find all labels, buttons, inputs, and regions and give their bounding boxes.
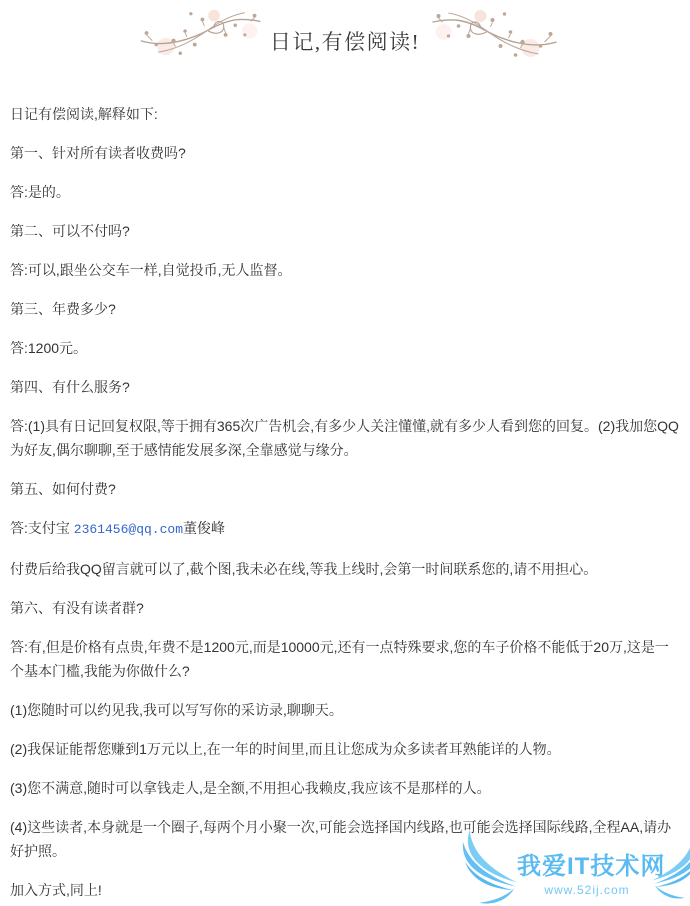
answer-2: 答:可以,跟坐公交车一样,自觉投币,无人监督。 <box>10 258 682 282</box>
payment-name: 董俊峰 <box>183 520 225 536</box>
watermark-site-name: 我爱IT技术网 <box>517 854 657 880</box>
floral-branch-right-icon <box>428 6 560 62</box>
answer-3: 答:1200元。 <box>10 336 682 360</box>
payment-prefix: 答:支付宝 <box>10 520 74 536</box>
wing-right-icon <box>650 830 690 904</box>
payment-note: 付费后给我QQ留言就可以了,截个图,我未必在线,等我上线时,会第一时间联系您的,… <box>10 557 682 581</box>
article-body: 日记有偿阅读,解释如下: 第一、针对所有读者收费吗? 答:是的。 第二、可以不付… <box>0 66 690 902</box>
question-5: 第五、如何付费? <box>10 477 682 501</box>
wing-left-icon <box>462 830 520 904</box>
watermark-text: 我爱IT技术网 www.52ij.com <box>517 854 657 898</box>
question-3: 第三、年费多少? <box>10 297 682 321</box>
watermark: 我爱IT技术网 www.52ij.com <box>462 828 690 906</box>
question-6: 第六、有没有读者群? <box>10 596 682 620</box>
question-4: 第四、有什么服务? <box>10 375 682 399</box>
answer-4: 答:(1)具有日记回复权限,等于拥有365次广告机会,有多少人关注懂懂,就有多少… <box>10 414 682 462</box>
watermark-site-url: www.52ij.com <box>517 882 657 898</box>
answer-1: 答:是的。 <box>10 180 682 204</box>
page-title: 日记,有偿阅读! <box>270 26 420 56</box>
question-2: 第二、可以不付吗? <box>10 219 682 243</box>
header: 日记,有偿阅读! <box>0 0 690 66</box>
page: 日记,有偿阅读! 日记有偿阅读,解释如下: 第一、针对所有读者收费吗? <box>0 0 690 906</box>
intro-line: 日记有偿阅读,解释如下: <box>10 102 682 126</box>
benefit-item-3: (3)您不满意,随时可以拿钱走人,是全额,不用担心我赖皮,我应该不是那样的人。 <box>10 776 682 800</box>
benefit-item-1: (1)您随时可以约见我,我可以写写你的采访录,聊聊天。 <box>10 698 682 722</box>
question-1: 第一、针对所有读者收费吗? <box>10 141 682 165</box>
floral-branch-left-icon <box>140 6 262 60</box>
answer-6: 答:有,但是价格有点贵,年费不是1200元,而是10000元,还有一点特殊要求,… <box>10 635 682 683</box>
benefit-item-2: (2)我保证能帮您赚到1万元以上,在一年的时间里,而且让您成为众多读者耳熟能详的… <box>10 737 682 761</box>
answer-5-payment: 答:支付宝 2361456@qq.com董俊峰 <box>10 516 682 542</box>
alipay-email-link[interactable]: 2361456@qq.com <box>74 522 183 537</box>
